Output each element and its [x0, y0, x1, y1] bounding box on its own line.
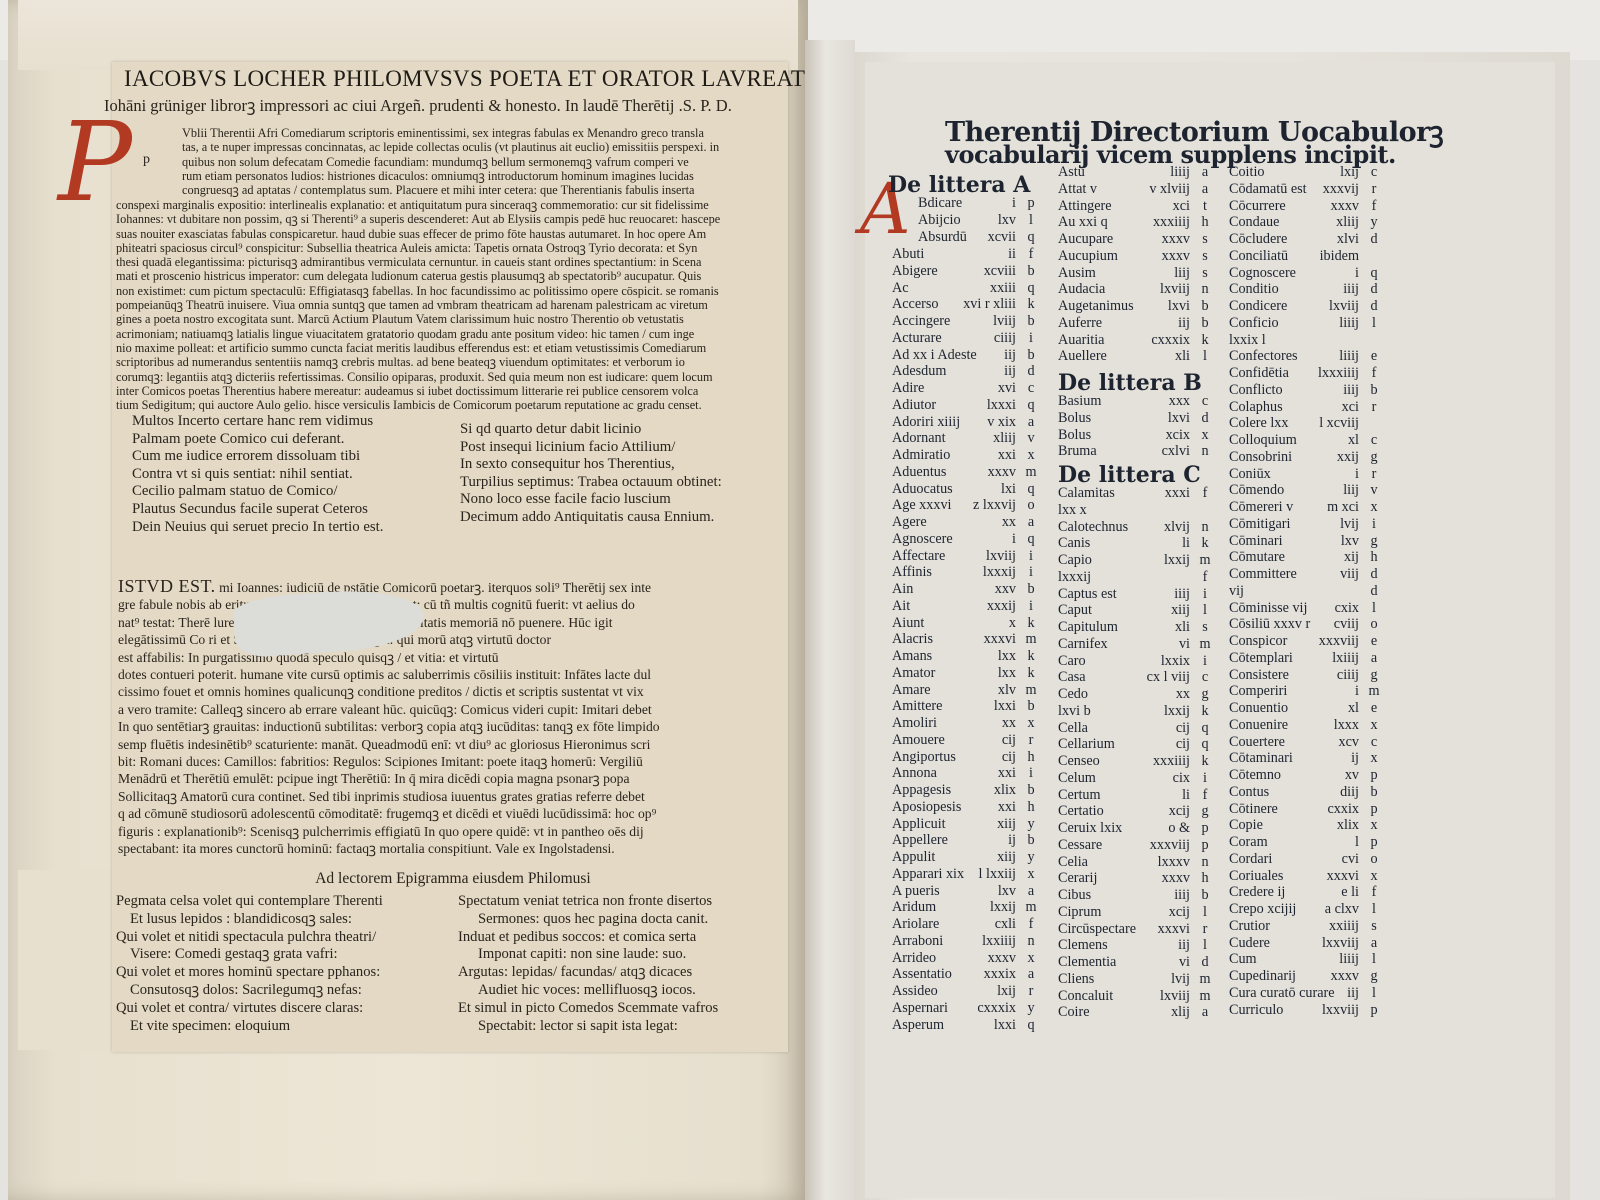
entry-word: Cupedinarij [1229, 968, 1296, 985]
entry-folio: xcij [1104, 803, 1198, 820]
verse-line: Palmam poete Comico cui deferant. [132, 431, 383, 449]
entry-word: Auferre [1058, 315, 1102, 332]
text-line: corumqꝫ: legantiis atqꝫ dicteriis refert… [116, 370, 786, 384]
entry-row: Condicerelxviijd [1229, 298, 1381, 315]
entry-row: Aduentusxxxvm [892, 464, 1038, 481]
entry-column-letter: r [1024, 732, 1038, 749]
page-margin [18, 870, 126, 1050]
entry-column-letter: m [1024, 899, 1038, 916]
entry-folio: xlvi [1287, 231, 1367, 248]
entry-row: Amouerecijr [892, 732, 1038, 749]
entry-folio: cviij [1310, 616, 1367, 633]
entry-folio: iiij [1279, 281, 1367, 298]
entry-word: Condicere [1229, 298, 1287, 315]
entry-row: Cibusiiijb [1058, 887, 1212, 904]
entry-word: Confectores [1229, 348, 1298, 365]
entry-folio: liiij [1085, 164, 1198, 181]
entry-word: Confidētia [1229, 365, 1289, 382]
entry-column-letter: d [1367, 566, 1381, 583]
entry-folio: cij [945, 732, 1024, 749]
entry-folio: i [1296, 265, 1367, 282]
entry-row: Applicuitxiijy [892, 816, 1038, 833]
entry-column-letter: p [1367, 767, 1381, 784]
entry-folio: xci [1283, 399, 1367, 416]
entry-folio: xv [1281, 767, 1367, 784]
entry-folio: lxxxv [1088, 854, 1198, 871]
entry-column-letter: l [1367, 985, 1381, 1002]
text-line: gre fabule nobis ab eritu: ac carie vetu… [118, 596, 788, 613]
entry-column-letter: i [1024, 598, 1038, 615]
entry-row: Appulitxiijy [892, 849, 1038, 866]
entry-folio: xlix [1263, 817, 1367, 834]
entry-word: Clemens [1058, 937, 1108, 954]
entry-folio: cij [1088, 720, 1198, 737]
book-gutter [805, 40, 855, 1200]
entry-row: Cōmitigarilviji [1229, 516, 1381, 533]
entry-row: Cōtinerecxxixp [1229, 801, 1381, 818]
verse-line: Decimum addo Antiquitatis causa Ennium. [460, 509, 722, 527]
entry-row: Couerterexcvc [1229, 734, 1381, 751]
entry-word: Capio [1058, 552, 1092, 569]
entry-row: Canislik [1058, 535, 1212, 552]
entry-column-letter: v [1024, 430, 1038, 447]
entry-row: Attingerexcit [1058, 198, 1212, 215]
entry-column-letter: x [1367, 750, 1381, 767]
entry-folio: lxvi [1091, 410, 1198, 427]
verse-line: Et simul in picto Comedos Scemmate vafro… [458, 1000, 718, 1018]
entry-folio: xxxv [1296, 968, 1367, 985]
entry-word: Bolus [1058, 410, 1091, 427]
entry-column-letter: t [1198, 198, 1212, 215]
entry-word: Accerso [892, 296, 938, 313]
entry-folio: cxxxix [1104, 332, 1198, 349]
entry-column-letter: i [1024, 548, 1038, 565]
entry-row: Censeoxxxiiijk [1058, 753, 1212, 770]
entry-word: Capitulum [1058, 619, 1118, 636]
entry-word: Asperum [892, 1017, 944, 1034]
entry-word: vij [1229, 583, 1244, 600]
entry-folio: xxxiiij [1100, 753, 1198, 770]
entry-folio: li [1101, 787, 1198, 804]
entry-row: Copiexlixx [1229, 817, 1381, 834]
entry-word: Cura curatō curare [1229, 985, 1335, 1002]
entry-word: Cōmutare [1229, 549, 1285, 566]
entry-row: Cessarexxxviijp [1058, 837, 1212, 854]
entry-column-letter: b [1198, 298, 1212, 315]
entry-row: Cōsiliū xxxv rcviijo [1229, 616, 1381, 633]
entry-row: Cōtemplarilxiiija [1229, 650, 1381, 667]
entry-column-letter: k [1198, 332, 1212, 349]
entry-folio: e li [1285, 884, 1367, 901]
entry-column-letter: k [1024, 665, 1038, 682]
entry-row: Coniūxir [1229, 466, 1381, 483]
verse-line: Plautus Secundus facile superat Ceteros [132, 501, 383, 519]
entry-column-letter: o [1367, 851, 1381, 868]
left-heading-dedication: Iohāni grüniger librorꝫ impressori ac ci… [104, 93, 732, 116]
entry-folio: xl [1297, 432, 1367, 449]
verse-line: Dein Neuius qui seruet precio In tertio … [132, 519, 383, 537]
entry-row: Cōminarilxvg [1229, 533, 1381, 550]
entry-row: Ariolarecxlif [892, 916, 1038, 933]
entry-column-letter: m [1367, 683, 1381, 700]
entry-row: Asperumlxxiq [892, 1017, 1038, 1034]
entry-word: lxvi b [1058, 703, 1091, 720]
entry-column-letter: l [1198, 602, 1212, 619]
entry-row: Captus estiiiji [1058, 586, 1212, 603]
entry-column-letter: y [1367, 214, 1381, 231]
entry-word: Cordari [1229, 851, 1272, 868]
entry-folio: xxx [1101, 393, 1198, 410]
entry-row: Confidētialxxxiiijf [1229, 365, 1381, 382]
entry-folio: cxli [939, 916, 1024, 933]
entry-word: Agere [892, 514, 927, 531]
entry-column-letter: i [1024, 564, 1038, 581]
text-line: acrimoniam; natiuamqꝫ latialis lingue vi… [116, 327, 786, 341]
entry-folio: xxxv [936, 950, 1024, 967]
entry-word: Circūspectare [1058, 921, 1136, 938]
verse-line: Qui volet et contra/ virtutes discere cl… [116, 1000, 383, 1018]
entry-word: Consobrini [1229, 449, 1292, 466]
entry-folio: i [1271, 466, 1367, 483]
entry-row: Casacx l viijc [1058, 669, 1212, 686]
entry-column-letter: h [1367, 549, 1381, 566]
text-line: bit: Romani duces: Camillos: fabritios: … [118, 753, 788, 770]
entry-word: Cōminari [1229, 533, 1283, 550]
entry-column-letter: m [1198, 552, 1212, 569]
entry-word: Curriculo [1229, 1002, 1283, 1019]
entry-column-letter: i [1024, 330, 1038, 347]
entry-folio: lxviij [1105, 281, 1198, 298]
entry-row: Coitiolxijc [1229, 164, 1381, 181]
entry-row: Astuliiija [1058, 164, 1212, 181]
text-line: dotes contueri poterit. humane vite curs… [118, 666, 788, 683]
entry-column-letter: i [1198, 586, 1212, 603]
entry-folio: xx [927, 514, 1024, 531]
entry-folio: xxi [950, 447, 1024, 464]
entry-column-letter: b [1198, 887, 1212, 904]
entry-row: Cuderelxxviija [1229, 935, 1381, 952]
entry-column-letter: x [1024, 950, 1038, 967]
text-line: suas nouiter exasciatas fabulas conspica… [116, 227, 786, 241]
entry-column-letter: l [1198, 348, 1212, 365]
verse-line: Audiet hic voces: mellifluosqꝫ iocos. [458, 982, 718, 1000]
entry-folio: xxxvij [1307, 181, 1367, 198]
sedigitus-verse-right: Si qd quarto detur dabit licinio Post in… [460, 421, 722, 527]
text-line: quibus non solum defecatam Comedie facun… [182, 155, 786, 169]
entry-folio: diij [1269, 784, 1367, 801]
entry-folio: iij [1335, 985, 1367, 1002]
entry-word: Agnoscere [892, 531, 953, 548]
entry-column-letter: r [1367, 181, 1381, 198]
entry-word: Appagesis [892, 782, 951, 799]
entry-row: Cōmendoliijv [1229, 482, 1381, 499]
entry-word: Cōsiliū xxxv r [1229, 616, 1310, 633]
entry-row: Caputxiijl [1058, 602, 1212, 619]
entry-word: Condaue [1229, 214, 1279, 231]
entry-column-letter: c [1198, 393, 1212, 410]
entry-word: Clementia [1058, 954, 1116, 971]
entry-column-letter: i [1024, 765, 1038, 782]
verse-line: Sermones: quos hec pagina docta canit. [458, 911, 718, 929]
entry-folio: xci [1112, 198, 1198, 215]
verse-line: Visere: Comedi gestaqꝫ grata vafri: [116, 946, 383, 964]
entry-row: Auferreiijb [1058, 315, 1212, 332]
entry-word: Arrideo [892, 950, 936, 967]
entry-column-letter: m [1024, 464, 1038, 481]
entry-row: Contusdiijb [1229, 784, 1381, 801]
entry-column-letter: q [1024, 280, 1038, 297]
entry-word: Conditio [1229, 281, 1279, 298]
entry-column-letter: i [1198, 653, 1212, 670]
verse-line: Contra vt si quis sentiat: nihil sentiat… [132, 466, 383, 484]
entry-row: Cedoxxg [1058, 686, 1212, 703]
vocabulary-column-2-b: BasiumxxxcBoluslxvidBolusxcixxBrumacxlvi… [1058, 393, 1212, 460]
entry-word: Casa [1058, 669, 1086, 686]
entry-column-letter: a [1198, 181, 1212, 198]
entry-column-letter: x [1367, 817, 1381, 834]
entry-folio: xli [1118, 619, 1198, 636]
entry-row: Cellariumcijq [1058, 736, 1212, 753]
entry-folio: xcij [1101, 904, 1198, 921]
entry-folio: liiij [1257, 951, 1367, 968]
entry-column-letter: x [1024, 447, 1038, 464]
text-line: gines a poeta nostro excogitata sunt. Ma… [116, 312, 786, 326]
entry-word: Credere ij [1229, 884, 1285, 901]
entry-row: Aiuntxk [892, 615, 1038, 632]
entry-folio: lviij [950, 313, 1024, 330]
entry-column-letter: a [1367, 935, 1381, 952]
entry-row: Curriculolxxviijp [1229, 1002, 1381, 1019]
entry-column-letter: e [1367, 700, 1381, 717]
entry-word: Conuenire [1229, 717, 1288, 734]
entry-folio: lxxij [936, 899, 1024, 916]
entry-folio [1266, 332, 1367, 349]
entry-column-letter: h [1024, 749, 1038, 766]
entry-word: Admiratio [892, 447, 950, 464]
entry-column-letter: b [1024, 832, 1038, 849]
entry-row: Augetanimuslxvib [1058, 298, 1212, 315]
entry-folio: xvi r xliii [938, 296, 1024, 313]
text-line: q ad cōmunē studiosorū adolescentū cōmod… [118, 805, 788, 822]
entry-word: Cudere [1229, 935, 1270, 952]
entry-row: Annonaxxii [892, 765, 1038, 782]
entry-row: Basiumxxxc [1058, 393, 1212, 410]
entry-row: Celialxxxvn [1058, 854, 1212, 871]
entry-column-letter: b [1024, 313, 1038, 330]
entry-folio: xlv [931, 682, 1024, 699]
text-line: In quo sentētiarꝫ grauitas: inductionū s… [118, 718, 788, 735]
entry-row: Assideolxijr [892, 983, 1038, 1000]
text-line: elegātissimū Co ri et Senectā mortaliū g… [118, 631, 788, 648]
entry-column-letter: i [1367, 516, 1381, 533]
entry-folio: vi [1116, 954, 1198, 971]
entry-column-letter: a [1198, 1004, 1212, 1021]
entry-column-letter: c [1024, 380, 1038, 397]
entry-folio: xvi [924, 380, 1024, 397]
text-line: scriptoribus ad numerandus sententiis na… [116, 355, 786, 369]
entry-column-letter: v [1367, 482, 1381, 499]
entry-row: lxx x [1058, 502, 1212, 519]
entry-column-letter: q [1367, 265, 1381, 282]
entry-row: Cōtaminariijx [1229, 750, 1381, 767]
page-top-margin [18, 0, 798, 70]
entry-row: Clementiavid [1058, 954, 1212, 971]
entry-folio: xxxij [910, 598, 1024, 615]
entry-word: lxxix l [1229, 332, 1266, 349]
entry-folio: lxviij [1287, 298, 1367, 315]
verse-line: Et vite specimen: eloquium [116, 1018, 383, 1036]
entry-column-letter: m [1198, 988, 1212, 1005]
entry-row: Crutiorxxiiijs [1229, 918, 1381, 935]
entry-row: Cōmereri vm xcix [1229, 499, 1381, 516]
entry-row: A puerislxva [892, 883, 1038, 900]
entry-column-letter: n [1198, 519, 1212, 536]
entry-folio: vi [1108, 636, 1198, 653]
entry-row: Adesdumiijd [892, 363, 1038, 380]
entry-row: Acturareciiiji [892, 330, 1038, 347]
entry-folio: xlix [951, 782, 1024, 799]
entry-folio: iiij [1283, 382, 1367, 399]
text-line: inter Comicos poetas Therentius habere m… [116, 384, 786, 398]
entry-word: Contus [1229, 784, 1269, 801]
entry-column-letter: s [1198, 619, 1212, 636]
entry-folio: lxxxij [932, 564, 1024, 581]
text-line: nio maxime polleat: et artificio summo c… [116, 341, 786, 355]
entry-folio: xxi [937, 765, 1024, 782]
entry-folio: ciiij [942, 330, 1024, 347]
entry-word: Colere lxx [1229, 415, 1289, 432]
entry-folio: xxxvi [1136, 921, 1198, 938]
text-line: Sollicitaqꝫ Amatorū cura continet. Sed t… [118, 788, 788, 805]
entry-column-letter: f [1367, 884, 1381, 901]
left-heading-title: IACOBVS LOCHER PHILOMVSVS POETA ET ORATO… [124, 66, 841, 92]
entry-word: Arraboni [892, 933, 943, 950]
entry-word: Bolus [1058, 427, 1091, 444]
entry-row: Assentatioxxxixa [892, 966, 1038, 983]
entry-row: Cōtemnoxvp [1229, 767, 1381, 784]
entry-column-letter: l [1367, 901, 1381, 918]
entry-column-letter: a [1024, 514, 1038, 531]
entry-folio: iiij [1091, 887, 1198, 904]
entry-word: Amouere [892, 732, 945, 749]
entry-folio: xl [1288, 700, 1367, 717]
entry-row: lxvi blxxijk [1058, 703, 1212, 720]
entry-word: Amator [892, 665, 935, 682]
entry-word: Adiutor [892, 397, 936, 414]
entry-column-letter: b [1024, 782, 1038, 799]
entry-column-letter: y [1024, 816, 1038, 833]
entry-word: Colloquium [1229, 432, 1297, 449]
entry-column-letter: b [1024, 698, 1038, 715]
entry-column-letter: d [1024, 363, 1038, 380]
entry-column-letter: k [1198, 753, 1212, 770]
entry-column-letter: a [1024, 883, 1038, 900]
entry-folio: xxiiij [1270, 918, 1367, 935]
epigram-right: Spectatum veniat tetrica non fronte dise… [458, 893, 718, 1035]
entry-folio: xcix [1091, 427, 1198, 444]
entry-column-letter: r [1198, 921, 1212, 938]
entry-row: Amanslxxk [892, 648, 1038, 665]
verse-line: Multos Incerto certare hanc rem vidimus [132, 413, 383, 431]
entry-folio: lxi [953, 481, 1024, 498]
entry-row: Arrabonilxxiiijn [892, 933, 1038, 950]
entry-word: Astu [1058, 164, 1085, 181]
entry-column-letter: n [1198, 854, 1212, 871]
entry-column-letter: x [1024, 715, 1038, 732]
entry-column-letter [1198, 502, 1212, 519]
entry-row: Cōmutarexijh [1229, 549, 1381, 566]
entry-word: Conuentio [1229, 700, 1288, 717]
text-line: tas, a te nuper impressas concinnatas, a… [182, 140, 786, 154]
entry-word: Auaritia [1058, 332, 1104, 349]
entry-folio: lxxij [1091, 703, 1198, 720]
verse-line: Nono loco esse facile facio luscium [460, 491, 722, 509]
entry-folio: lxxviij [1283, 1002, 1367, 1019]
entry-folio: ibidem [1288, 248, 1367, 265]
text-line: est affabilis: In purgatissimo quodā spe… [118, 649, 788, 666]
entry-folio: xxxv [1118, 248, 1198, 265]
entry-row: Agerexxa [892, 514, 1038, 531]
verse-line: Spectabit: lector si sapit ista legat: [458, 1018, 718, 1036]
entry-folio: lxv [1283, 533, 1367, 550]
entry-column-letter: s [1198, 231, 1212, 248]
entry-column-letter: g [1367, 968, 1381, 985]
entry-word: Calamitas [1058, 485, 1115, 502]
entry-column-letter: k [1198, 703, 1212, 720]
entry-row: Arrideoxxxvx [892, 950, 1038, 967]
entry-word: Age xxxvi [892, 497, 952, 514]
entry-folio: liij [1096, 265, 1198, 282]
entry-folio: cxxxix [948, 1000, 1024, 1017]
entry-column-letter: q [1024, 1017, 1038, 1034]
entry-folio: ij [948, 832, 1024, 849]
entry-word: Affectare [892, 548, 945, 565]
paragraph-lead: ISTVD EST. [118, 578, 216, 596]
entry-word: Cellarium [1058, 736, 1115, 753]
entry-column-letter: p [1367, 834, 1381, 851]
entry-word: Colaphus [1229, 399, 1283, 416]
entry-folio: lxxiiij [943, 933, 1024, 950]
entry-word: Canis [1058, 535, 1090, 552]
entry-word: Basium [1058, 393, 1101, 410]
entry-column-letter: b [1367, 382, 1381, 399]
vocabulary-column-2-c: Calamitasxxxiflxx xCalotechnusxlvijnCani… [1058, 485, 1212, 1021]
entry-row: Conditioiiijd [1229, 281, 1381, 298]
entry-folio: iij [1102, 315, 1198, 332]
entry-folio: lxxi [944, 1017, 1024, 1034]
entry-folio: xliij [946, 430, 1024, 447]
entry-word: Ceruix lxix [1058, 820, 1122, 837]
entry-row: Certatioxcijg [1058, 803, 1212, 820]
text-line: figuris : explanationib⁹: Scenisqꝫ pulch… [118, 823, 788, 840]
entry-word: Adoriri xiiij [892, 414, 960, 431]
entry-column-letter: b [1024, 581, 1038, 598]
entry-column-letter: x [1367, 499, 1381, 516]
entry-folio: iij [1108, 937, 1198, 954]
entry-word: Aspernari [892, 1000, 948, 1017]
entry-folio: xlvij [1128, 519, 1198, 536]
entry-column-letter: r [1367, 399, 1381, 416]
entry-column-letter: b [1024, 263, 1038, 280]
entry-row: Aspernaricxxxixy [892, 1000, 1038, 1017]
entry-row: Ausimliijs [1058, 265, 1212, 282]
entry-row: Coirexlija [1058, 1004, 1212, 1021]
entry-word: Acturare [892, 330, 942, 347]
entry-column-letter: a [1024, 966, 1038, 983]
entry-column-letter: f [1367, 365, 1381, 382]
entry-row: Angiportuscijh [892, 749, 1038, 766]
entry-word: Ad xx i Adeste [892, 347, 977, 364]
